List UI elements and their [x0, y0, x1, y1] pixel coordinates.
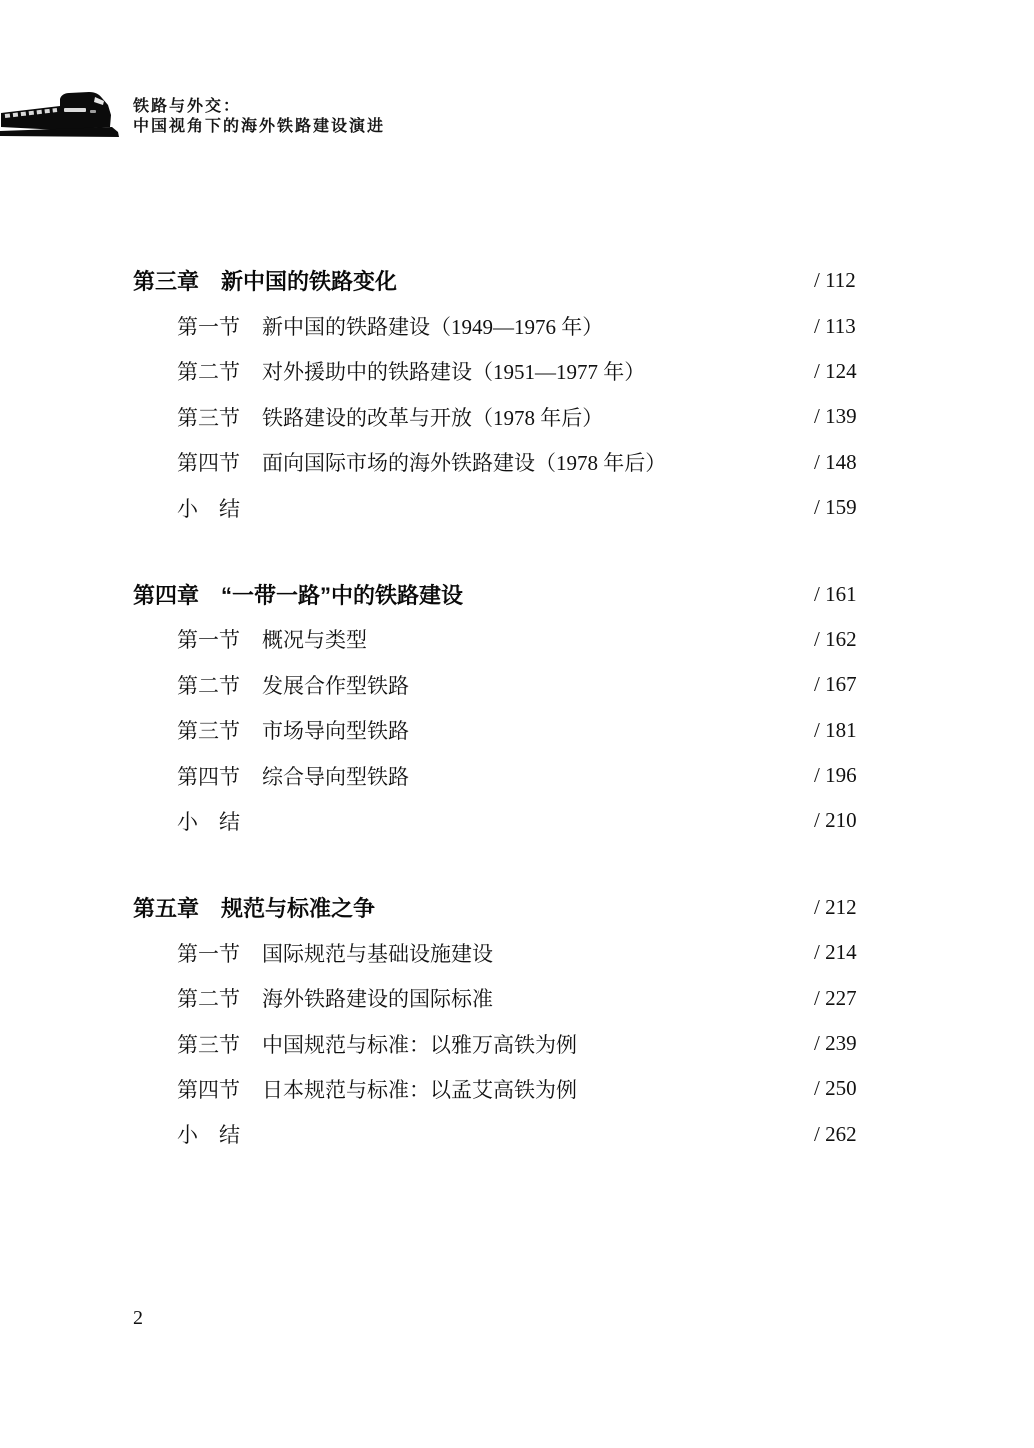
- chapter-page-number: / 212: [814, 895, 862, 920]
- chapter-title: 新中国的铁路变化: [221, 265, 397, 296]
- section-page-number: / 196: [814, 763, 862, 788]
- summary-label: 小 结: [177, 1119, 240, 1149]
- section-page-number: / 181: [814, 718, 862, 743]
- section-title: 对外援助中的铁路建设（1951—1977 年）: [262, 356, 645, 386]
- toc-chapter-row: 第五章 规范与标准之争 / 212: [133, 885, 862, 930]
- toc-section-row: 第二节 发展合作型铁路 / 167: [133, 662, 862, 707]
- folio-page-number: 2: [133, 1307, 143, 1330]
- chapter-title: 规范与标准之争: [221, 892, 375, 923]
- section-label: 第二节: [177, 356, 240, 386]
- section-title: 中国规范与标准：以雅万高铁为例: [262, 1029, 577, 1059]
- chapter-label: 第四章: [133, 579, 199, 610]
- toc-chapter-row: 第三章 新中国的铁路变化 / 112: [133, 258, 862, 303]
- toc-section-row: 第二节 海外铁路建设的国际标准 / 227: [133, 975, 862, 1020]
- section-page-number: / 139: [814, 404, 862, 429]
- toc-section-row: 第三节 市场导向型铁路 / 181: [133, 708, 862, 753]
- section-label: 第一节: [177, 624, 240, 654]
- section-page-number: / 148: [814, 450, 862, 475]
- train-icon: [0, 86, 122, 144]
- toc-chapter-block-3: 第三章 新中国的铁路变化 / 112 第一节 新中国的铁路建设（1949—197…: [133, 258, 862, 530]
- section-label: 第二节: [177, 983, 240, 1013]
- toc-summary-row: 小 结 / 262: [133, 1112, 862, 1157]
- book-toc-page: { "colors": { "background": "#ffffff", "…: [0, 0, 1034, 1448]
- section-page-number: / 239: [814, 1031, 862, 1056]
- toc-section-row: 第三节 铁路建设的改革与开放（1978 年后） / 139: [133, 394, 862, 439]
- toc-summary-row: 小 结 / 210: [133, 798, 862, 843]
- toc-section-row: 第四节 日本规范与标准：以孟艾高铁为例 / 250: [133, 1066, 862, 1111]
- section-label: 第三节: [177, 1029, 240, 1059]
- chapter-page-number: / 161: [814, 582, 862, 607]
- chapter-title: “一带一路”中的铁路建设: [221, 579, 463, 610]
- section-page-number: / 214: [814, 940, 862, 965]
- section-page-number: / 159: [814, 495, 862, 520]
- section-label: 第四节: [177, 1074, 240, 1104]
- section-page-number: / 124: [814, 359, 862, 384]
- section-label: 第四节: [177, 761, 240, 791]
- summary-label: 小 结: [177, 493, 240, 523]
- section-title: 国际规范与基础设施建设: [262, 938, 493, 968]
- section-label: 第一节: [177, 938, 240, 968]
- section-title: 海外铁路建设的国际标准: [262, 983, 493, 1013]
- toc-summary-row: 小 结 / 159: [133, 485, 862, 530]
- toc-chapter-row: 第四章 “一带一路”中的铁路建设 / 161: [133, 571, 862, 616]
- section-title: 市场导向型铁路: [262, 715, 409, 745]
- section-label: 第四节: [177, 447, 240, 477]
- section-title: 铁路建设的改革与开放（1978 年后）: [262, 402, 603, 432]
- toc-section-row: 第一节 国际规范与基础设施建设 / 214: [133, 930, 862, 975]
- toc-section-row: 第四节 面向国际市场的海外铁路建设（1978 年后） / 148: [133, 440, 862, 485]
- book-title-line2: 中国视角下的海外铁路建设演进: [133, 117, 385, 137]
- toc-chapter-block-4: 第四章 “一带一路”中的铁路建设 / 161 第一节 概况与类型 / 162 第…: [133, 571, 862, 843]
- chapter-label: 第三章: [133, 265, 199, 296]
- section-page-number: / 227: [814, 986, 862, 1011]
- section-page-number: / 113: [814, 314, 862, 339]
- section-label: 第三节: [177, 402, 240, 432]
- book-title: 铁路与外交： 中国视角下的海外铁路建设演进: [133, 97, 385, 137]
- book-title-line1: 铁路与外交：: [133, 97, 385, 117]
- toc-section-row: 第一节 新中国的铁路建设（1949—1976 年） / 113: [133, 303, 862, 348]
- toc-section-row: 第一节 概况与类型 / 162: [133, 617, 862, 662]
- section-title: 面向国际市场的海外铁路建设（1978 年后）: [262, 447, 666, 477]
- section-title: 综合导向型铁路: [262, 761, 409, 791]
- toc-chapter-block-5: 第五章 规范与标准之争 / 212 第一节 国际规范与基础设施建设 / 214 …: [133, 885, 862, 1157]
- toc-section-row: 第二节 对外援助中的铁路建设（1951—1977 年） / 124: [133, 349, 862, 394]
- section-page-number: / 162: [814, 627, 862, 652]
- section-page-number: / 250: [814, 1076, 862, 1101]
- chapter-page-number: / 112: [814, 268, 862, 293]
- section-title: 概况与类型: [262, 624, 367, 654]
- section-title: 日本规范与标准：以孟艾高铁为例: [262, 1074, 577, 1104]
- section-label: 第一节: [177, 311, 240, 341]
- section-label: 第二节: [177, 670, 240, 700]
- section-title: 发展合作型铁路: [262, 670, 409, 700]
- section-title: 新中国的铁路建设（1949—1976 年）: [262, 311, 603, 341]
- section-label: 第三节: [177, 715, 240, 745]
- summary-label: 小 结: [177, 806, 240, 836]
- section-page-number: / 167: [814, 672, 862, 697]
- chapter-label: 第五章: [133, 892, 199, 923]
- toc-section-row: 第四节 综合导向型铁路 / 196: [133, 753, 862, 798]
- table-of-contents: 第三章 新中国的铁路变化 / 112 第一节 新中国的铁路建设（1949—197…: [133, 258, 862, 1157]
- section-page-number: / 262: [814, 1122, 862, 1147]
- toc-section-row: 第三节 中国规范与标准：以雅万高铁为例 / 239: [133, 1021, 862, 1066]
- section-page-number: / 210: [814, 808, 862, 833]
